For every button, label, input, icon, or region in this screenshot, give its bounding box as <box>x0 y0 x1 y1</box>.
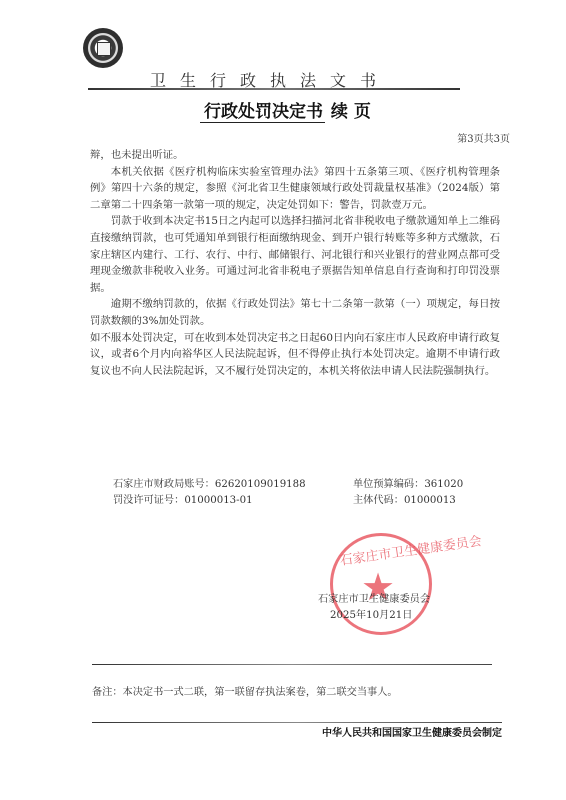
seal-text: 石家庄市卫生健康委员会 <box>338 530 482 569</box>
remark-divider <box>92 664 492 665</box>
budget-code-value: 361020 <box>424 479 463 490</box>
decision-body: 辩，也未提出听证。 本机关依据《医疗机构临床实验室管理办法》第四十五条第三项、《… <box>90 147 500 379</box>
finance-account-value: 62620109019188 <box>215 479 306 490</box>
paragraph-legal-basis: 本机关依据《医疗机构临床实验室管理办法》第四十五条第三项、《医疗机构管理条例》第… <box>90 164 500 214</box>
entity-code-label: 主体代码： <box>353 495 404 506</box>
paragraph-appeal-rights: 如不服本处罚决定，可在收到本处罚决定书之日起60日内向石家庄市人民政府申请行政复… <box>90 330 500 380</box>
permit-number: 罚没许可证号：01000013-01 <box>113 491 253 506</box>
document-title: 行政处罚决定书 续 页 <box>200 97 371 122</box>
document-title-main: 行政处罚决定书 <box>200 102 325 123</box>
national-emblem-icon <box>83 28 123 68</box>
budget-code-label: 单位预算编码： <box>353 479 424 490</box>
finance-account-label: 石家庄市财政局账号： <box>113 479 215 490</box>
permit-number-label: 罚没许可证号： <box>113 495 184 506</box>
page-indicator: 第3页共3页 <box>400 130 510 145</box>
header-divider <box>88 88 460 90</box>
paragraph-payment-method: 罚款于收到本决定书15日之内起可以选择扫描河北省非税收电子缴款通知单上二维码直接… <box>90 213 500 296</box>
remark-note: 备注：本决定书一式二联，第一联留存执法案卷，第二联交当事人。 <box>92 683 398 698</box>
signing-date: 2025年10月21日 <box>330 606 412 621</box>
signing-organization: 石家庄市卫生健康委员会 <box>318 590 430 605</box>
paragraph-continuation: 辩，也未提出听证。 <box>90 147 500 164</box>
footer-issuer: 中华人民共和国国家卫生健康委员会制定 <box>322 724 502 739</box>
permit-number-value: 01000013-01 <box>184 495 252 506</box>
footer-divider <box>92 722 502 723</box>
entity-code: 主体代码：01000013 <box>353 491 456 506</box>
entity-code-value: 01000013 <box>404 495 456 506</box>
document-title-suffix: 续 页 <box>331 102 371 122</box>
finance-account: 石家庄市财政局账号：62620109019188 <box>113 475 306 490</box>
paragraph-late-penalty: 逾期不缴纳罚款的，依据《行政处罚法》第七十二条第一款第（一）项规定，每日按罚款数… <box>90 296 500 329</box>
budget-code: 单位预算编码：361020 <box>353 475 463 490</box>
